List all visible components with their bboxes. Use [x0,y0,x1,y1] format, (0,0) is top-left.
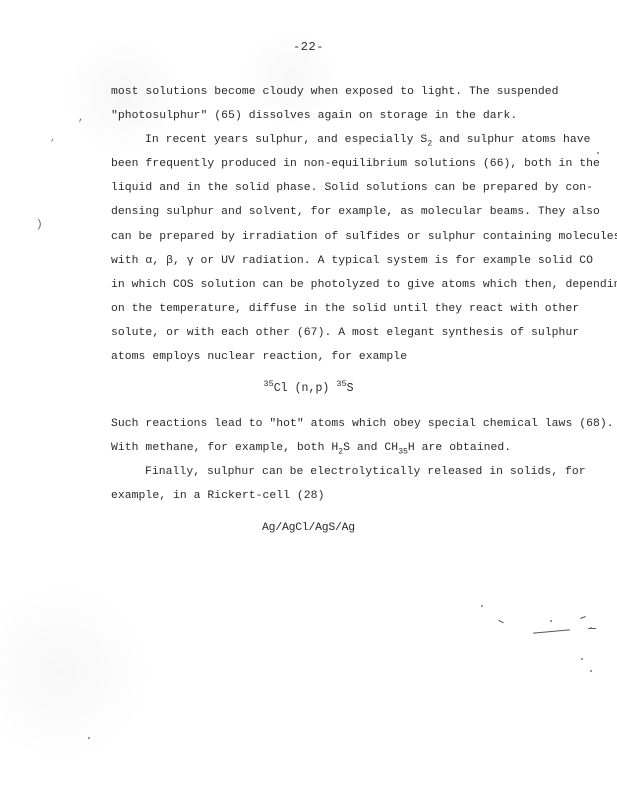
text-line-8: with α, β, γ or UV radiation. A typical … [111,254,593,268]
margin-mark: ) [36,218,43,232]
element-symbol: S [347,382,354,395]
text-segment: With methane, for example, both H [111,442,338,454]
scan-artifact-dot [590,627,592,629]
text-line-1: most solutions become cloudy when expose… [111,85,559,99]
text-segment: S and CH [343,442,398,454]
scan-artifact-stroke [498,620,504,624]
scan-artifact-dot [590,670,592,672]
document-page: -22- most solutions become cloudy when e… [0,0,617,791]
text-line-13: Such reactions lead to "hot" atoms which… [111,417,614,431]
text-segment: In recent years sulphur, and especially … [145,134,427,146]
nuclear-reaction-formula: 35Cl (n,p) 35S [0,382,617,396]
margin-mark: , [78,112,84,126]
scan-artifact-dot [550,620,552,622]
scan-artifact-dot [581,658,583,660]
text-line-3: In recent years sulphur, and especially … [145,133,591,147]
text-segment: H are obtained. [408,442,511,454]
text-segment: and sulphur atoms have [432,134,590,146]
text-line-9: in which COS solution can be photolyzed … [111,278,617,292]
element-symbol: Cl [274,382,288,395]
text-line-16: example, in a Rickert-cell (28) [111,489,324,503]
scan-artifact-dot [597,152,599,154]
text-line-14: With methane, for example, both H2S and … [111,441,511,455]
text-line-4: been frequently produced in non-equilibr… [111,157,600,171]
subscript: 35 [398,447,408,456]
text-line-12: atoms employs nuclear reaction, for exam… [111,350,407,364]
text-line-10: on the temperature, diffuse in the solid… [111,302,579,316]
scan-artifact-stroke [580,616,586,619]
text-line-6: densing sulphur and solvent, for example… [111,205,600,219]
text-line-15: Finally, sulphur can be electrolytically… [145,465,586,479]
mass-number: 35 [263,379,273,389]
text-line-2: "photosulphur" (65) dissolves again on s… [111,109,517,123]
page-number: -22- [0,40,617,54]
mass-number: 35 [336,379,346,389]
text-line-11: solute, or with each other (67). A most … [111,326,579,340]
scan-artifact-stroke [533,629,570,634]
text-line-5: liquid and in the solid phase. Solid sol… [111,181,593,195]
scan-artifact-dot [88,737,90,739]
scan-artifact-dot [481,605,483,607]
margin-mark: , [50,132,56,146]
text-line-7: can be prepared by irradiation of sulfid… [111,230,617,244]
reaction-notation: (n,p) [288,382,337,395]
cell-notation: Ag/AgCl/AgS/Ag [0,521,617,535]
